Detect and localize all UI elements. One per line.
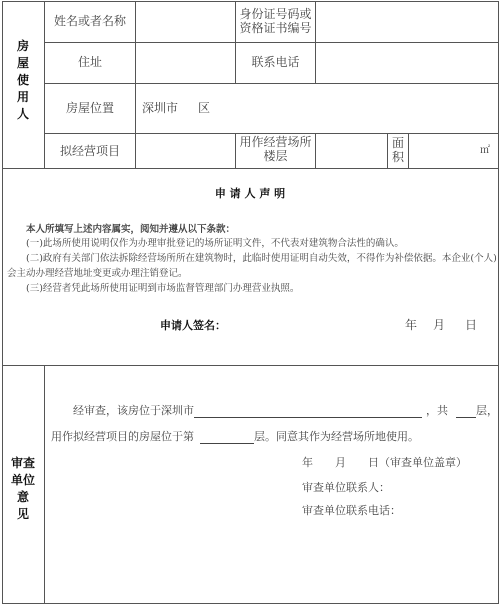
- address-field[interactable]: [136, 43, 235, 83]
- divider-review: [44, 365, 45, 604]
- location-city: 深圳市: [142, 101, 178, 115]
- review-date-line: 年 月 日（审查单位盖章）: [302, 456, 467, 470]
- declaration-clause-2a: (二)政府有关部门依法拆除经营场所所在建筑物时，此临时使用证明自动失效，不得作为…: [26, 252, 497, 265]
- row-line-5: [2, 365, 499, 366]
- total-floors-blank[interactable]: [456, 405, 476, 418]
- floor-label: 用作经营场所楼层: [236, 135, 315, 163]
- review-line-2: 用作拟经营项目的房屋位于第层。同意其作为经营场所地使用。: [51, 430, 419, 444]
- area-label: 面积: [388, 136, 408, 164]
- floor-number-blank[interactable]: [200, 431, 254, 444]
- address-label: 住址: [45, 55, 135, 69]
- review-contact-phone-label: 审查单位联系电话：: [302, 504, 401, 518]
- declaration-title: 申 请 人 声 明: [0, 187, 500, 201]
- signature-label: 申请人签名：: [160, 319, 226, 333]
- date-day: 日: [465, 318, 477, 332]
- project-label: 拟经营项目: [45, 144, 135, 158]
- address-blank[interactable]: [194, 405, 422, 418]
- review-contact-label: 审查单位联系人：: [302, 481, 390, 495]
- id-label: 身份证号码或资格证书编号: [236, 7, 315, 35]
- project-field[interactable]: [136, 134, 235, 168]
- location-district: 区: [198, 101, 210, 115]
- declaration-clause-3: (三)经营者凭此场所使用证明到市场监督管理部门办理营业执照。: [26, 282, 299, 295]
- row-line-2: [44, 83, 499, 84]
- date-year: 年: [405, 318, 417, 332]
- row-line-4: [2, 168, 499, 169]
- declaration-clause-1: (一)此场所使用说明仅作为办理审批登记的场所证明文件，不代表对建筑物合法性的确认…: [26, 237, 404, 250]
- side-label-review: 审查单位意见: [2, 455, 44, 523]
- name-field[interactable]: [136, 2, 235, 42]
- area-unit: ㎡: [480, 144, 490, 158]
- border-bottom: [2, 603, 499, 604]
- id-field[interactable]: [316, 2, 498, 42]
- border-right: [498, 1, 499, 604]
- name-label: 姓名或者名称: [45, 14, 135, 28]
- declaration-clause-2b: 会主动办理经营地址变更或办理注销登记。: [7, 267, 188, 280]
- phone-field[interactable]: [316, 43, 498, 83]
- date-month: 月: [433, 318, 445, 332]
- review-line-1: 经审查，该房位于深圳市，共层，: [73, 404, 498, 418]
- declaration-intro: 本人所填写上述内容属实，阅知并遵从以下条款：: [26, 223, 235, 236]
- side-label-user: 房屋使用人: [2, 38, 44, 123]
- signature-field[interactable]: [225, 312, 395, 334]
- phone-label: 联系电话: [236, 55, 315, 69]
- location-label: 房屋位置: [45, 101, 135, 115]
- floor-field[interactable]: [316, 134, 387, 168]
